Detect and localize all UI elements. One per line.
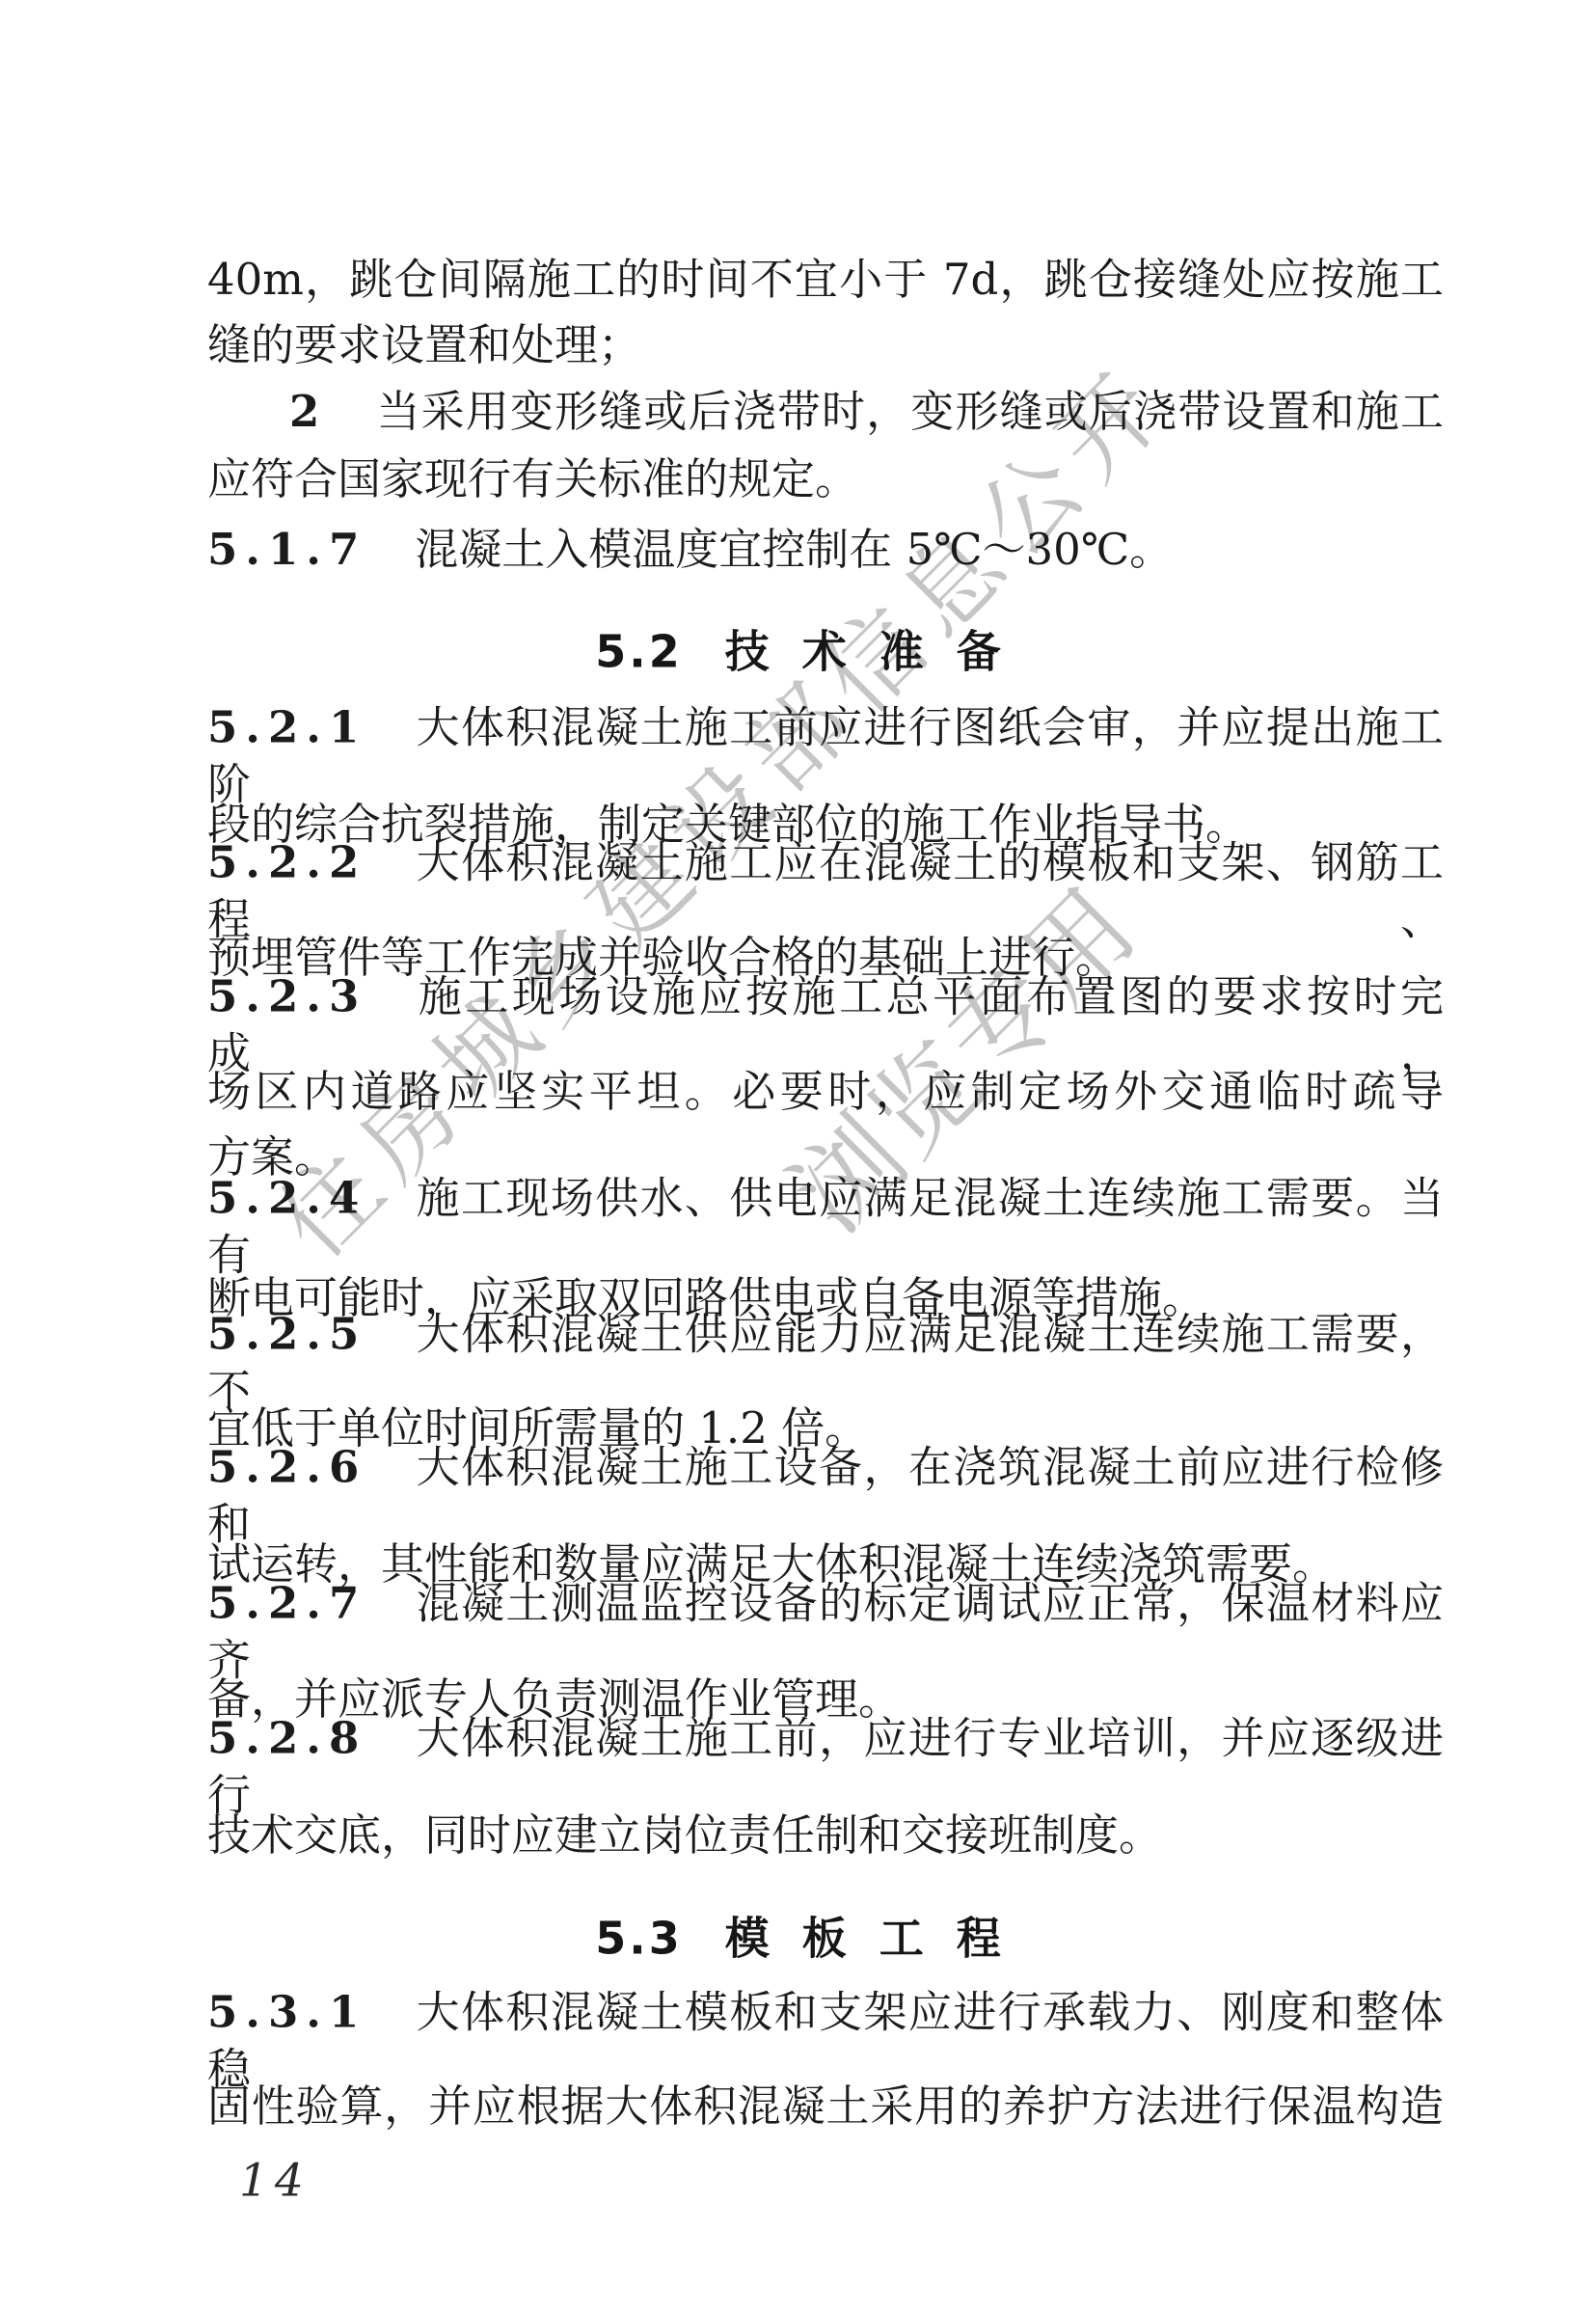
clause-number: 5.2.3 xyxy=(207,971,366,1022)
clause-number: 5.2.1 xyxy=(207,702,366,753)
clause-5-2-3-line-2: 场区内道路应坚实平坦。必要时，应制定场外交通临时疏导 xyxy=(207,1064,1444,1121)
clause-number: 5.2.4 xyxy=(207,1173,366,1224)
clause-5-1-6-item-2-line-2: 应符合国家现行有关标准的规定。 xyxy=(207,451,1444,508)
clause-number: 5.3.1 xyxy=(207,1987,366,2038)
clause-5-1-6-continuation-line-2: 缝的要求设置和处理； xyxy=(207,317,1444,374)
clause-number: 5.2.8 xyxy=(207,1713,366,1764)
section-title: 模板工程 xyxy=(725,1912,1034,1964)
page-number: 14 xyxy=(239,2155,311,2208)
section-number: 5.2 xyxy=(595,625,683,677)
clause-5-3-1-line-2: 固性验算，并应根据大体积混凝土采用的养护方法进行保温构造 xyxy=(207,2079,1444,2135)
clause-5-2-8-line-2: 技术交底，同时应建立岗位责任制和交接班制度。 xyxy=(207,1808,1444,1864)
document-page: 住房城乡建设部信息公开 浏览专用 40m，跳仓间隔施工的时间不宜小于 7d，跳仓… xyxy=(0,0,1596,2311)
section-title: 技术准备 xyxy=(725,625,1034,677)
clause-number: 5.1.7 xyxy=(207,524,366,575)
section-heading-5-3: 5.3模板工程 xyxy=(0,1912,1596,1965)
clause-5-1-6-continuation-line-1: 40m，跳仓间隔施工的时间不宜小于 7d，跳仓接缝处应按施工 xyxy=(207,252,1444,309)
clause-5-1-6-item-2-line-1: 2当采用变形缝或后浇带时，变形缝或后浇带设置和施工 xyxy=(207,384,1444,441)
section-number: 5.3 xyxy=(595,1912,683,1964)
clause-number: 5.2.6 xyxy=(207,1442,366,1493)
section-heading-5-2: 5.2技术准备 xyxy=(0,625,1596,678)
clause-5-1-7: 5.1.7混凝土入模温度宜控制在 5℃～30℃。 xyxy=(207,522,1444,579)
item-number: 2 xyxy=(289,386,327,437)
clause-number: 5.2.2 xyxy=(207,837,366,888)
clause-5-2-4-line-1: 5.2.4施工现场供水、供电应满足混凝土连续施工需要。当有 xyxy=(207,1171,1444,1284)
clause-number: 5.2.5 xyxy=(207,1309,366,1360)
text-layer: 40m，跳仓间隔施工的时间不宜小于 7d，跳仓接缝处应按施工 缝的要求设置和处理… xyxy=(0,0,1596,2311)
clause-number: 5.2.7 xyxy=(207,1578,366,1629)
